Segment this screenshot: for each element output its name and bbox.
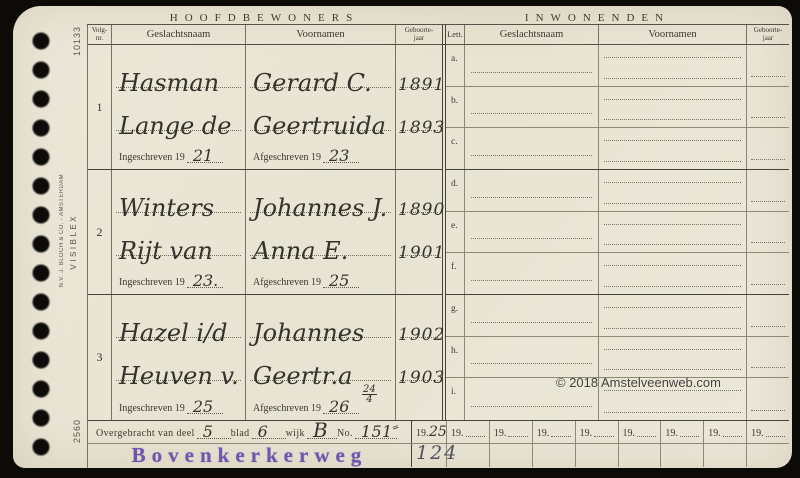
firstnames-value: Gerard C.	[253, 69, 372, 97]
empty-cell	[533, 444, 576, 467]
copyright-watermark: © 2018 Amstelveenweb.com	[556, 375, 721, 390]
empty-cell	[576, 444, 619, 467]
fill-line: 21	[187, 159, 223, 163]
scanned-register-card-photo: { "photo": { "copyright": "© 2018 Amstel…	[0, 0, 800, 478]
fill-line: 25	[323, 284, 359, 288]
house-number: 124	[416, 442, 458, 464]
empty-cell	[490, 444, 533, 467]
letter-label: g.	[446, 295, 465, 336]
surname-cell: Winters	[112, 170, 246, 213]
header-geslachtsnaam-left: Geslachtsnaam	[112, 25, 246, 45]
year-prefix: 19.	[416, 428, 429, 439]
volgnr: 2	[88, 170, 112, 294]
transfer-cell: Overgebracht van deel 5 blad 6 wijk B No…	[88, 421, 412, 443]
empty-cell	[661, 444, 704, 467]
birthyear-value: 1890	[398, 200, 445, 220]
lodger-row-b: b.	[446, 87, 789, 129]
fill-line	[680, 433, 699, 437]
surname-value: Hasman	[119, 69, 219, 97]
year-cell: 19.	[576, 421, 619, 443]
year-cell: 19.	[747, 421, 789, 443]
birthyear-cell	[747, 212, 789, 253]
firstnames-cell: Johannes	[246, 295, 396, 338]
birthyear-cell	[747, 45, 789, 86]
header-voornamen-left: Voornamen	[246, 25, 396, 45]
resident-group-2: 2 Winters Johannes J. 1890 Rijt van Anna…	[88, 170, 442, 295]
afgeschreven-value: 23	[329, 146, 349, 165]
surname-cell	[465, 337, 599, 378]
year-value: 25	[429, 424, 447, 440]
ingeschreven-value: 23.	[193, 271, 218, 290]
register-table: HOOFDBEWONERS INWONENDEN Volg- nr. Gesla…	[87, 10, 789, 468]
title-inwonenden: INWONENDEN	[442, 10, 789, 25]
fill-line: 26	[323, 410, 359, 414]
afgeschreven-label: Afgeschreven 19	[253, 403, 321, 414]
resident-group-3: 3 Hazel i/d Johannes 1902 Heuven v. Geer…	[88, 295, 442, 420]
afgeschreven-value: 25	[329, 271, 349, 290]
transfer-row: Overgebracht van deel 5 blad 6 wijk B No…	[88, 421, 789, 444]
title-hoofdbewoners: HOOFDBEWONERS	[87, 10, 442, 25]
birthyear-value: 1891	[398, 75, 445, 95]
birthyear-value: 1902	[398, 325, 445, 345]
year-cell: 19.	[661, 421, 704, 443]
letter-label: c.	[446, 128, 465, 169]
header-volgnr: Volg- nr.	[87, 25, 112, 45]
fill-line: 5	[197, 435, 231, 439]
birthyear-cell: 1890	[396, 170, 442, 213]
volgnr: 1	[88, 45, 112, 169]
afgeschreven-date-note: 24 4	[362, 385, 377, 404]
year-cell: 19.	[704, 421, 747, 443]
letter-label: d.	[446, 170, 465, 211]
printer-company: N.V. J. BLOCH & CO. - AMSTERDAM	[59, 174, 65, 288]
firstnames-cell	[599, 87, 747, 128]
birthyear-cell	[747, 170, 789, 211]
fill-line: 23.	[187, 284, 223, 288]
firstnames-value: Johannes	[253, 319, 364, 347]
surname-value: Heuven v.	[119, 362, 239, 390]
ingeschreven-label: Ingeschreven 19	[119, 152, 185, 163]
fill-line	[637, 433, 656, 437]
inwonenden-section: a. b. c. d. e. f. g. h. i.	[446, 45, 789, 420]
fill-line: 25	[187, 410, 223, 414]
letter-label: a.	[446, 45, 465, 86]
firstnames-cell	[599, 128, 747, 169]
card-code-bottom: 2560	[72, 419, 82, 443]
surname-cell: Hazel i/d	[112, 295, 246, 338]
year-cell: 19.	[533, 421, 576, 443]
ingeschreven-label: Ingeschreven 19	[119, 403, 185, 414]
letter-label: f.	[446, 253, 465, 294]
surname-cell	[465, 295, 599, 336]
firstnames-cell: Gerard C.	[246, 45, 396, 88]
surname-value: Lange de	[119, 112, 231, 140]
fill-line	[766, 433, 785, 437]
resident-group-1: 1 Hasman Gerard C. 1891 Lange de Geertru…	[88, 45, 442, 170]
birthyear-cell: 1902	[396, 295, 442, 338]
fill-line: B	[307, 435, 337, 439]
fill-line: 151 =	[355, 435, 397, 439]
lodger-row-c: c.	[446, 128, 789, 170]
column-headers: Volg- nr. Geslachtsnaam Voornamen Geboor…	[87, 25, 789, 45]
blad-label: blad	[231, 428, 250, 439]
firstnames-value: Geertr.a	[253, 362, 352, 390]
lodger-row-a: a.	[446, 45, 789, 87]
birthyear-cell	[747, 337, 789, 378]
surname-cell	[465, 45, 599, 86]
lodger-row-g: g.	[446, 295, 789, 337]
street-stamp-cell: Bovenkerkerweg	[88, 444, 412, 467]
fill-line	[594, 433, 613, 437]
surname-cell: Hasman	[112, 45, 246, 88]
lodger-row-d: d.	[446, 170, 789, 212]
firstnames-cell	[599, 337, 747, 378]
firstnames-value: Johannes J.	[253, 194, 387, 222]
volgnr: 3	[88, 295, 112, 420]
printer-brand: VISIBLEX	[69, 214, 78, 270]
birthyear-cell	[747, 128, 789, 169]
surname-cell	[465, 253, 599, 294]
street-stamp: Bovenkerkerweg	[132, 443, 368, 468]
surname-cell	[465, 128, 599, 169]
house-number-cell: 124	[412, 444, 447, 467]
year-cell-filled: 19. 25	[412, 421, 447, 443]
fill-line: 23	[323, 159, 359, 163]
header-geslachtsnaam-right: Geslachtsnaam	[465, 25, 599, 45]
fill-line	[466, 433, 485, 437]
birthyear-cell	[747, 378, 789, 420]
fill-line	[508, 433, 527, 437]
empty-cell	[747, 444, 789, 467]
empty-cell	[619, 444, 662, 467]
fill-line	[723, 433, 742, 437]
register-card: 10133 VISIBLEX N.V. J. BLOCH & CO. - AMS…	[13, 6, 792, 468]
fill-line	[551, 433, 570, 437]
surname-value: Winters	[119, 194, 214, 222]
ingeschreven-value: 21	[193, 146, 213, 165]
surname-cell	[465, 87, 599, 128]
afgeschreven-label: Afgeschreven 19	[253, 277, 321, 288]
firstnames-value: Anna E.	[253, 237, 348, 265]
header-geboortejaar-left: Geboorte- jaar	[396, 25, 442, 45]
surname-value: Rijt van	[119, 237, 213, 265]
fill-line: 6	[252, 435, 286, 439]
lodger-row-f: f.	[446, 253, 789, 295]
firstnames-cell	[599, 45, 747, 86]
table-body: 1 Hasman Gerard C. 1891 Lange de Geertru…	[87, 45, 789, 420]
header-lett: Lett.	[446, 25, 465, 45]
year-cell: 19.	[447, 421, 490, 443]
birthyear-cell	[747, 87, 789, 128]
firstnames-value: Geertruida	[253, 112, 386, 140]
card-code-top: 10133	[72, 26, 82, 56]
letter-label: h.	[446, 337, 465, 378]
hoofdbewoners-section: 1 Hasman Gerard C. 1891 Lange de Geertru…	[87, 45, 442, 420]
year-cell: 19.	[490, 421, 533, 443]
letter-label: e.	[446, 212, 465, 253]
birthyear-cell	[747, 295, 789, 336]
firstnames-cell	[599, 253, 747, 294]
lodger-row-e: e.	[446, 212, 789, 254]
firstnames-cell	[599, 212, 747, 253]
wijk-value: B	[313, 418, 328, 442]
lodger-row-h: h.	[446, 337, 789, 379]
footer-strip: Overgebracht van deel 5 blad 6 wijk B No…	[87, 420, 789, 468]
surname-cell	[465, 212, 599, 253]
birthyear-value: 1901	[398, 243, 445, 263]
transfer-label: Overgebracht van deel	[96, 428, 195, 439]
section-titles: HOOFDBEWONERS INWONENDEN	[87, 10, 789, 25]
no-value: 151	[361, 422, 393, 441]
year-cell: 19.	[619, 421, 662, 443]
street-row: Bovenkerkerweg 124	[88, 444, 789, 467]
birthyear-cell	[747, 253, 789, 294]
surname-value: Hazel i/d	[119, 319, 228, 347]
header-geboortejaar-right: Geboorte- jaar	[747, 25, 789, 45]
firstnames-cell	[599, 295, 747, 336]
birthyear-cell: 1891	[396, 45, 442, 88]
no-label: No.	[337, 428, 353, 439]
birthyear-value: 1903	[398, 368, 445, 388]
firstnames-cell: Johannes J.	[246, 170, 396, 213]
letter-label: b.	[446, 87, 465, 128]
deel-value: 5	[203, 422, 214, 441]
ingeschreven-value: 25	[193, 397, 213, 416]
birthyear-value: 1893	[398, 118, 445, 138]
surname-cell	[465, 170, 599, 211]
wijk-label: wijk	[286, 428, 305, 439]
letter-label: i.	[446, 378, 465, 420]
header-voornamen-right: Voornamen	[599, 25, 747, 45]
afgeschreven-label: Afgeschreven 19	[253, 152, 321, 163]
binder-holes	[25, 26, 57, 462]
firstnames-cell	[599, 170, 747, 211]
afgeschreven-value: 26	[329, 397, 349, 416]
blad-value: 6	[258, 422, 269, 441]
empty-cell	[704, 444, 747, 467]
ingeschreven-label: Ingeschreven 19	[119, 277, 185, 288]
